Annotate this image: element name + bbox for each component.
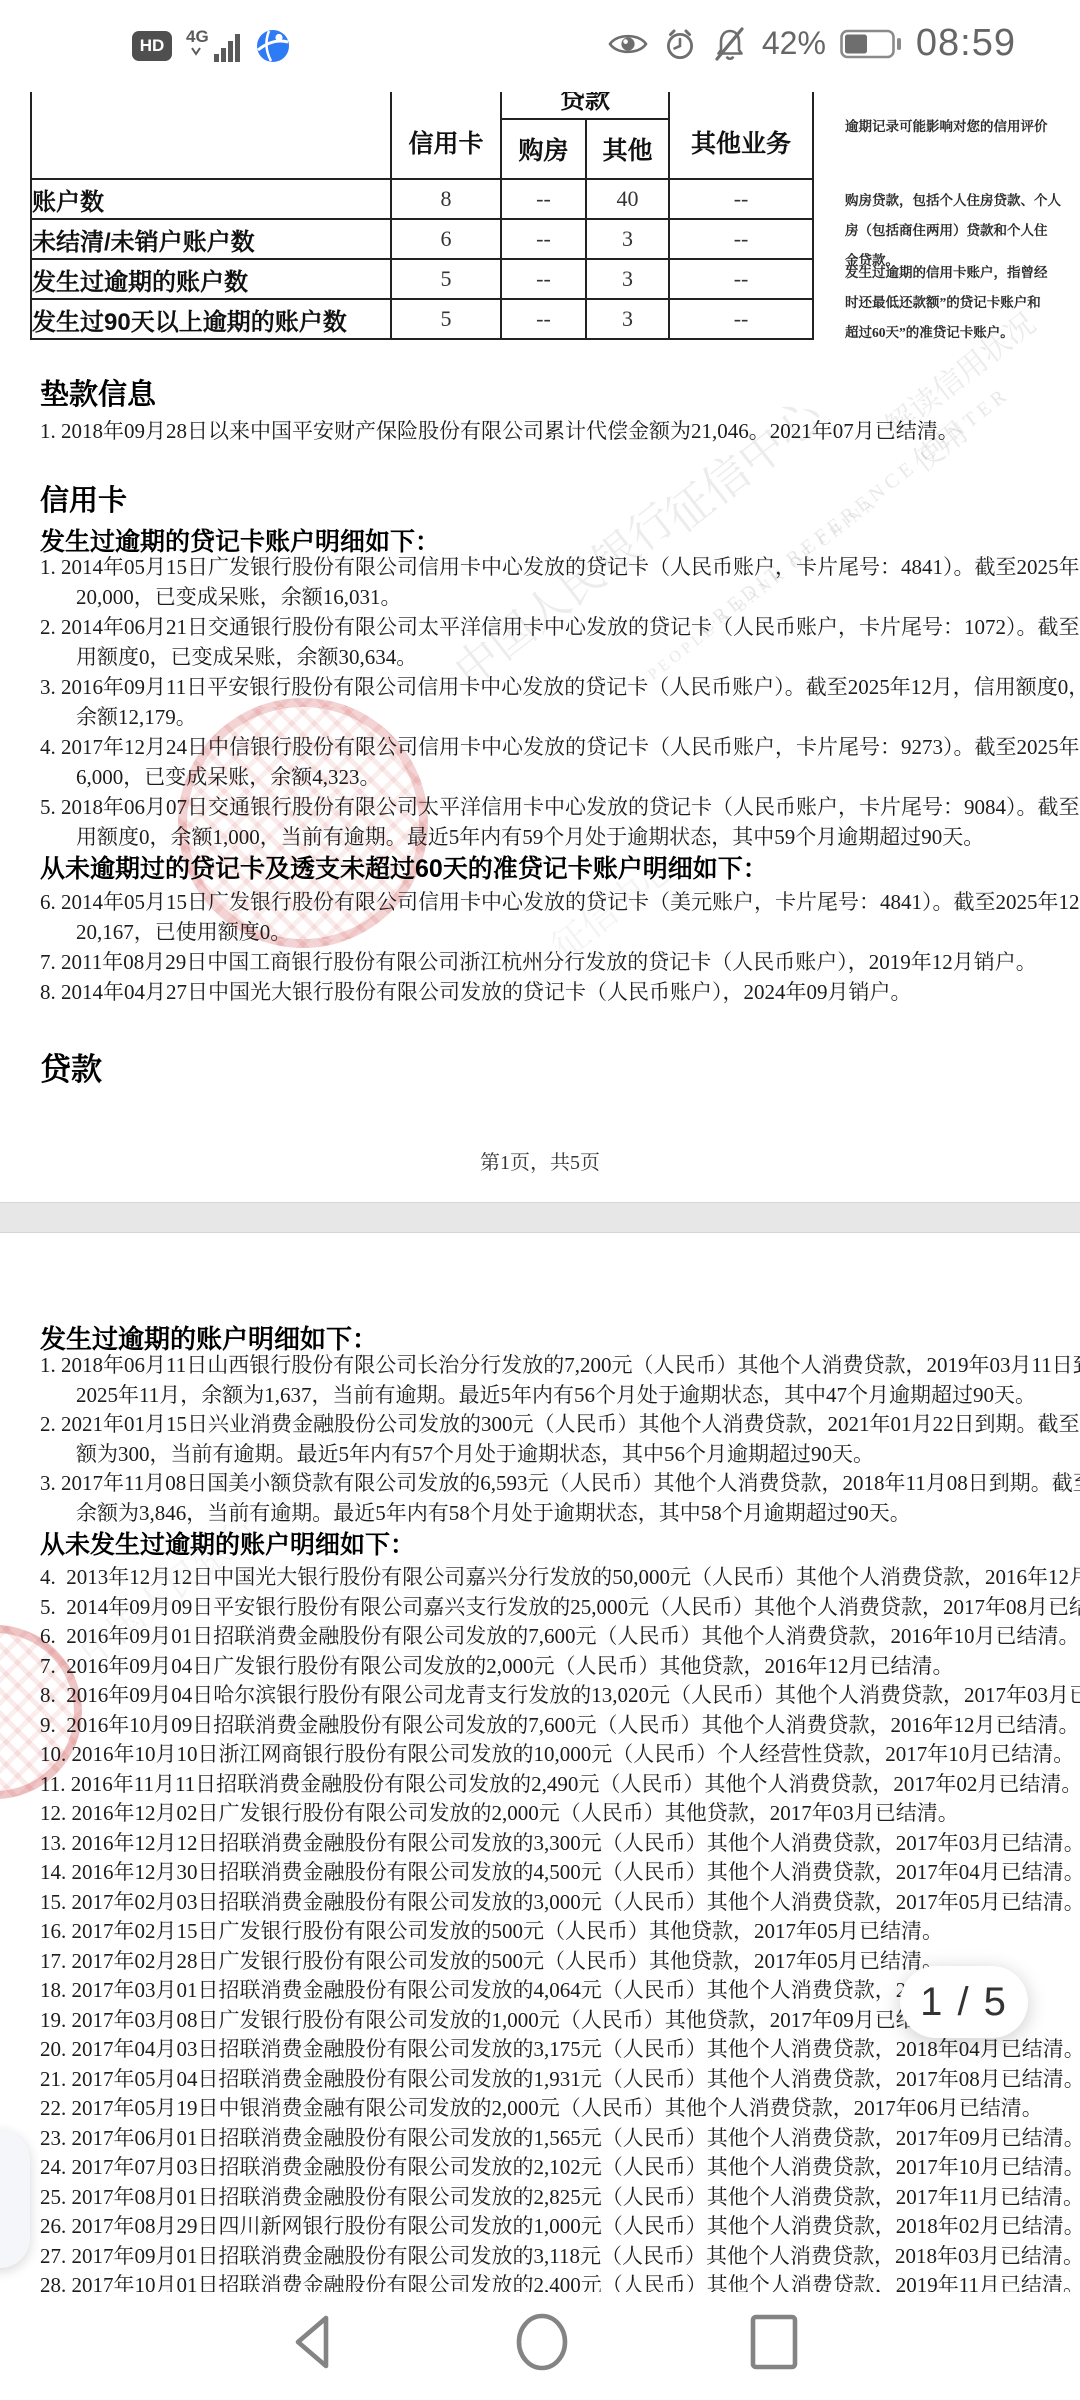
text-line: 13. 2016年12月12日招联消费金融股份有限公司发放的3,300元（人民币… — [40, 1829, 1080, 1859]
text-line: 14. 2016年12月30日招联消费金融股份有限公司发放的4,500元（人民币… — [40, 1858, 1080, 1888]
text-line: 8. 2014年04月27日中国光大银行股份有限公司发放的贷记卡（人民币账户），… — [40, 977, 1080, 1007]
text-line: 20,000，已变成呆账，余额16,031。 — [40, 582, 1080, 612]
page-footer-number: 第1页，共5页 — [0, 1146, 1080, 1175]
text-line: 8. 2016年09月04日哈尔滨银行股份有限公司龙青支行发放的13,020元（… — [40, 1681, 1080, 1711]
table-row: 发生过90天以上逾期的账户数 5 -- 3 -- — [31, 299, 813, 339]
side-note-overdue: 逾期记录可能影响对您的信用评价 — [845, 112, 1080, 142]
text-line: 25. 2017年08月01日招联消费金融股份有限公司发放的2,825元（人民币… — [40, 2183, 1080, 2213]
text-line: 余额为3,846，当前有逾期。最近5年内有58个月处于逾期状态，其中58个月逾期… — [40, 1499, 1080, 1529]
overdue-loan-items: 1. 2018年06月11日山西银行股份有限公司长治分行发放的7,200元（人民… — [40, 1351, 1080, 1528]
text-line: 用额度0，已变成呆账，余额30,634。 — [40, 642, 1080, 672]
text-line: 9. 2016年10月09日招联消费金融股份有限公司发放的7,600元（人民币）… — [40, 1711, 1080, 1741]
battery-icon — [840, 27, 902, 61]
clock-text: 08:59 — [916, 22, 1016, 65]
text-line: 6,000，已变成呆账，余额4,323。 — [40, 762, 1080, 792]
text-line: 5. 2018年06月07日交通银行股份有限公司太平洋信用卡中心发放的贷记卡（人… — [40, 792, 1080, 822]
text-line: 27. 2017年09月01日招联消费金融股份有限公司发放的3,118元（人民币… — [40, 2242, 1080, 2272]
text-line: 6. 2016年09月01日招联消费金融股份有限公司发放的7,600元（人民币）… — [40, 1622, 1080, 1652]
watermark-text: 征信中心 — [649, 380, 835, 545]
text-line: 7. 2011年08月29日中国工商银行股份有限公司浙江杭州分行发放的贷记卡（人… — [40, 947, 1080, 977]
signal-4g-icon: 4G — [186, 24, 240, 68]
svg-text:4G: 4G — [186, 27, 209, 46]
text-line: 10. 2016年10月10日浙江网商银行股份有限公司发放的10,000元（人民… — [40, 1740, 1080, 1770]
text-line: 超过60天”的准贷记卡账户。 — [845, 318, 1080, 348]
text-line: 28. 2017年10月01日招联消费金融股份有限公司发放的2,400元（人民币… — [40, 2271, 1080, 2292]
text-line: 6. 2014年05月15日广发银行股份有限公司信用卡中心发放的贷记卡（美元账户… — [40, 887, 1080, 917]
section-title-advance-payment: 垫款信息 — [40, 372, 156, 413]
text-line: 3. 2017年11月08日国美小额贷款有限公司发放的6,593元（人民币）其他… — [40, 1469, 1080, 1499]
section-title-loan: 贷款 — [40, 1044, 102, 1089]
text-line: 房（包括商住两用）贷款和个人住 — [845, 216, 1080, 246]
text-line: 额为300，当前有逾期。最近5年内有57个月处于逾期状态，其中56个月逾期超过9… — [40, 1440, 1080, 1470]
text-line: 20. 2017年04月03日招联消费金融股份有限公司发放的3,175元（人民币… — [40, 2035, 1080, 2065]
phone-screen: 中国人民银行 征信中心 CREDIT REFERENCE CENTER PEOP… — [0, 0, 1080, 2400]
text-line: 12. 2016年12月02日广发银行股份有限公司发放的2,000元（人民币）其… — [40, 1799, 1080, 1829]
subsection-title-never-overdue-cards: 从未逾期过的贷记卡及透支未超过60天的准贷记卡账户明细如下： — [40, 852, 1080, 887]
text-line: 24. 2017年07月03日招联消费金融股份有限公司发放的2,102元（人民币… — [40, 2153, 1080, 2183]
android-nav-bar — [0, 2292, 1080, 2400]
text-line: 22. 2017年05月19日中银消费金融有限公司发放的2,000元（人民币）其… — [40, 2094, 1080, 2124]
battery-percent-text: 42% — [762, 25, 826, 62]
text-line: 5. 2014年09月09日平安银行股份有限公司嘉兴支行发放的25,000元（人… — [40, 1593, 1080, 1623]
pdf-page-1[interactable]: 中国人民银行 征信中心 CREDIT REFERENCE CENTER PEOP… — [0, 0, 1080, 1202]
text-line: 时还最低还款额”的贷记卡账户和 — [845, 288, 1080, 318]
pdf-page-2[interactable]: 中国人民银行 征信中心 发生过逾期的账户明细如下： 1. 2018年06月11日… — [0, 1233, 1080, 2292]
mute-bell-icon — [712, 25, 748, 63]
text-line: 11. 2016年11月11日招联消费金融股份有限公司发放的2,490元（人民币… — [40, 1770, 1080, 1800]
browser-globe-icon — [254, 27, 292, 65]
never-overdue-card-items: 6. 2014年05月15日广发银行股份有限公司信用卡中心发放的贷记卡（美元账户… — [40, 887, 1080, 1007]
overdue-card-items: 1. 2014年05月15日广发银行股份有限公司信用卡中心发放的贷记卡（人民币账… — [40, 552, 1080, 852]
back-button[interactable] — [284, 2310, 344, 2374]
text-line: 4. 2017年12月24日中信银行股份有限公司信用卡中心发放的贷记卡（人民币账… — [40, 732, 1080, 762]
page-separator — [0, 1202, 1080, 1233]
page-indicator-bubble: 1 / 5 — [900, 1966, 1028, 2038]
text-line: 3. 2016年09月11日平安银行股份有限公司信用卡中心发放的贷记卡（人民币账… — [40, 672, 1080, 702]
text-line: 用额度0，余额1,000，当前有逾期。最近5年内有59个月处于逾期状态，其中59… — [40, 822, 1080, 852]
table-row: 未结清/未销户账户数 6 -- 3 -- — [31, 219, 813, 259]
text-line: 4. 2013年12月12日中国光大银行股份有限公司嘉兴分行发放的50,000元… — [40, 1563, 1080, 1593]
text-line: 21. 2017年05月04日招联消费金融股份有限公司发放的1,931元（人民币… — [40, 2065, 1080, 2095]
status-bar: HD 4G — [0, 0, 1080, 92]
eye-comfort-icon — [608, 30, 648, 58]
loan-detail-list: 1. 2018年06月11日山西银行股份有限公司长治分行发放的7,200元（人民… — [40, 1351, 1080, 2292]
alarm-clock-icon — [662, 26, 698, 62]
text-line: 购房贷款，包括个人住房贷款、个人 — [845, 186, 1080, 216]
text-line: 15. 2017年02月03日招联消费金融股份有限公司发放的3,000元（人民币… — [40, 1888, 1080, 1918]
text-line: 发生过逾期的信用卡账户，指曾经 — [845, 258, 1080, 288]
table-row: 账户数 8 -- 40 -- — [31, 179, 813, 219]
text-line: 16. 2017年02月15日广发银行股份有限公司发放的500元（人民币）其他贷… — [40, 1917, 1080, 1947]
table-row: 发生过逾期的账户数 5 -- 3 -- — [31, 259, 813, 299]
text-line: 2. 2021年01月15日兴业消费金融股份公司发放的300元（人民币）其他个人… — [40, 1410, 1080, 1440]
text-line: 23. 2017年06月01日招联消费金融股份有限公司发放的1,565元（人民币… — [40, 2124, 1080, 2154]
text-line: 余额12,179。 — [40, 702, 1080, 732]
recents-button[interactable] — [744, 2310, 804, 2374]
text-line: 20,167，已使用额度0。 — [40, 917, 1080, 947]
text-line: 逾期记录可能影响对您的信用评价 — [845, 112, 1080, 142]
text-line: 26. 2017年08月29日四川新网银行股份有限公司发放的1,000元（人民币… — [40, 2212, 1080, 2242]
hd-voice-icon: HD — [132, 31, 172, 61]
text-line: 2025年11月，余额为1,637，当前有逾期。最近5年内有56个月处于逾期状态… — [40, 1381, 1080, 1411]
text-line: 1. 2014年05月15日广发银行股份有限公司信用卡中心发放的贷记卡（人民币账… — [40, 552, 1080, 582]
text-line: 7. 2016年09月04日广发银行股份有限公司发放的2,000元（人民币）其他… — [40, 1652, 1080, 1682]
side-note-overdue-card: 发生过逾期的信用卡账户，指曾经时还最低还款额”的贷记卡账户和超过60天”的准贷记… — [845, 258, 1080, 348]
text-line: 2. 2014年06月21日交通银行股份有限公司太平洋信用卡中心发放的贷记卡（人… — [40, 612, 1080, 642]
text-line: 1. 2018年09月28日以来中国平安财产保险股份有限公司累计代偿金额为21,… — [40, 416, 1080, 446]
section-title-credit-card: 信用卡 — [40, 478, 127, 519]
text-line: 1. 2018年06月11日山西银行股份有限公司长治分行发放的7,200元（人民… — [40, 1351, 1080, 1381]
floating-side-handle[interactable] — [0, 2130, 30, 2268]
home-button[interactable] — [512, 2310, 572, 2374]
col-header-loan-house: 购房 — [501, 119, 586, 179]
col-header-loan-other: 其他 — [586, 119, 669, 179]
advance-payment-list: 1. 2018年09月28日以来中国平安财产保险股份有限公司累计代偿金额为21,… — [40, 416, 1080, 446]
credit-card-detail-list: 1. 2014年05月15日广发银行股份有限公司信用卡中心发放的贷记卡（人民币账… — [40, 552, 1080, 1007]
never-overdue-loan-items: 4. 2013年12月12日中国光大银行股份有限公司嘉兴分行发放的50,000元… — [40, 1563, 1080, 2292]
subsection-title-never-overdue-accounts: 从未发生过逾期的账户明细如下： — [40, 1528, 1080, 1563]
